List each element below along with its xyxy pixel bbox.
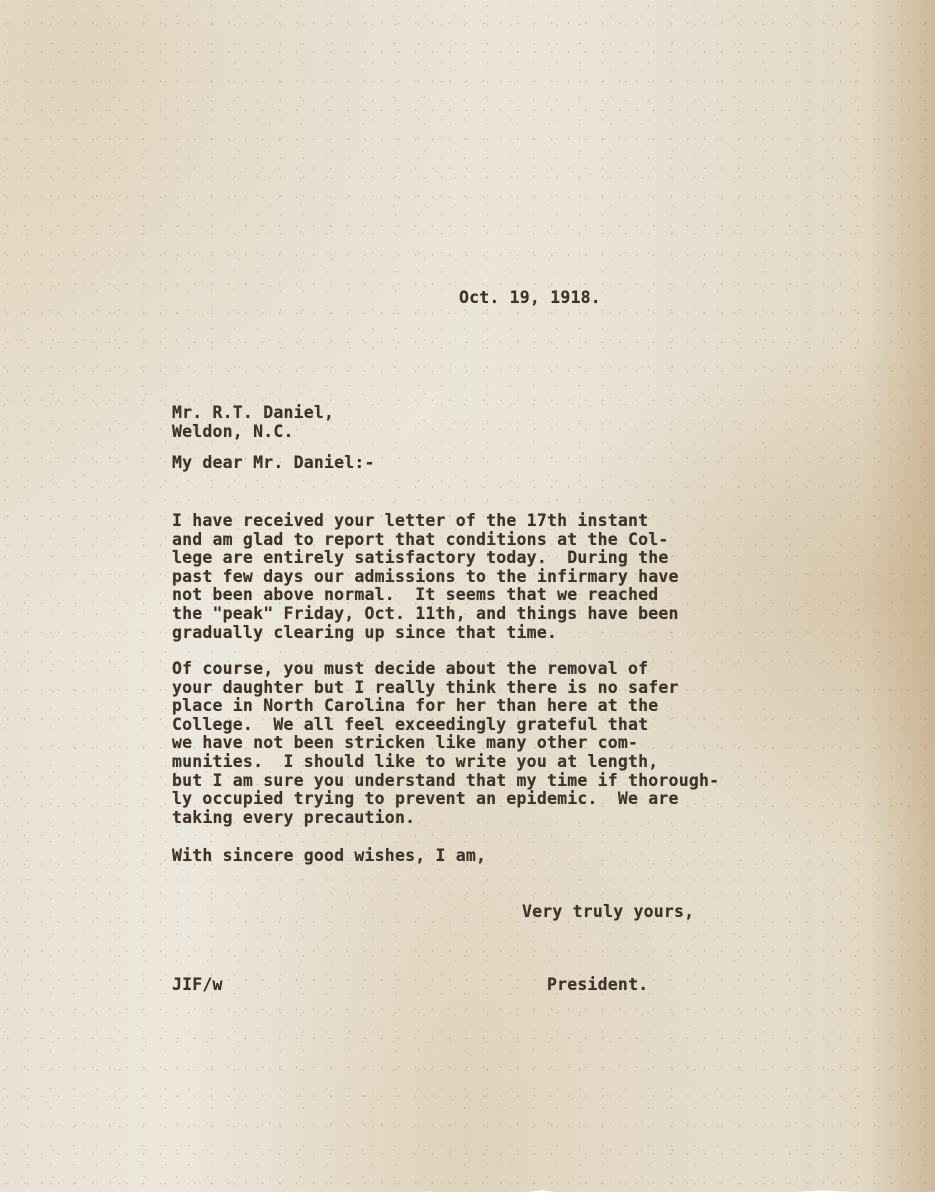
closing-line: With sincere good wishes, I am, <box>172 847 486 866</box>
signature-title: President. <box>547 976 648 995</box>
recipient-name: Mr. R.T. Daniel, <box>172 403 334 422</box>
body-paragraph-1: I have received your letter of the 17th … <box>172 512 679 642</box>
recipient-address-block: Mr. R.T. Daniel, Weldon, N.C. <box>172 404 334 441</box>
body-paragraph-2: Of course, you must decide about the rem… <box>172 660 719 827</box>
salutation: My dear Mr. Daniel:- <box>172 454 375 473</box>
letter-date: Oct. 19, 1918. <box>459 289 601 308</box>
valediction: Very truly yours, <box>522 903 694 922</box>
recipient-address: Weldon, N.C. <box>172 422 294 441</box>
typist-initials: JIF/w <box>172 976 223 995</box>
